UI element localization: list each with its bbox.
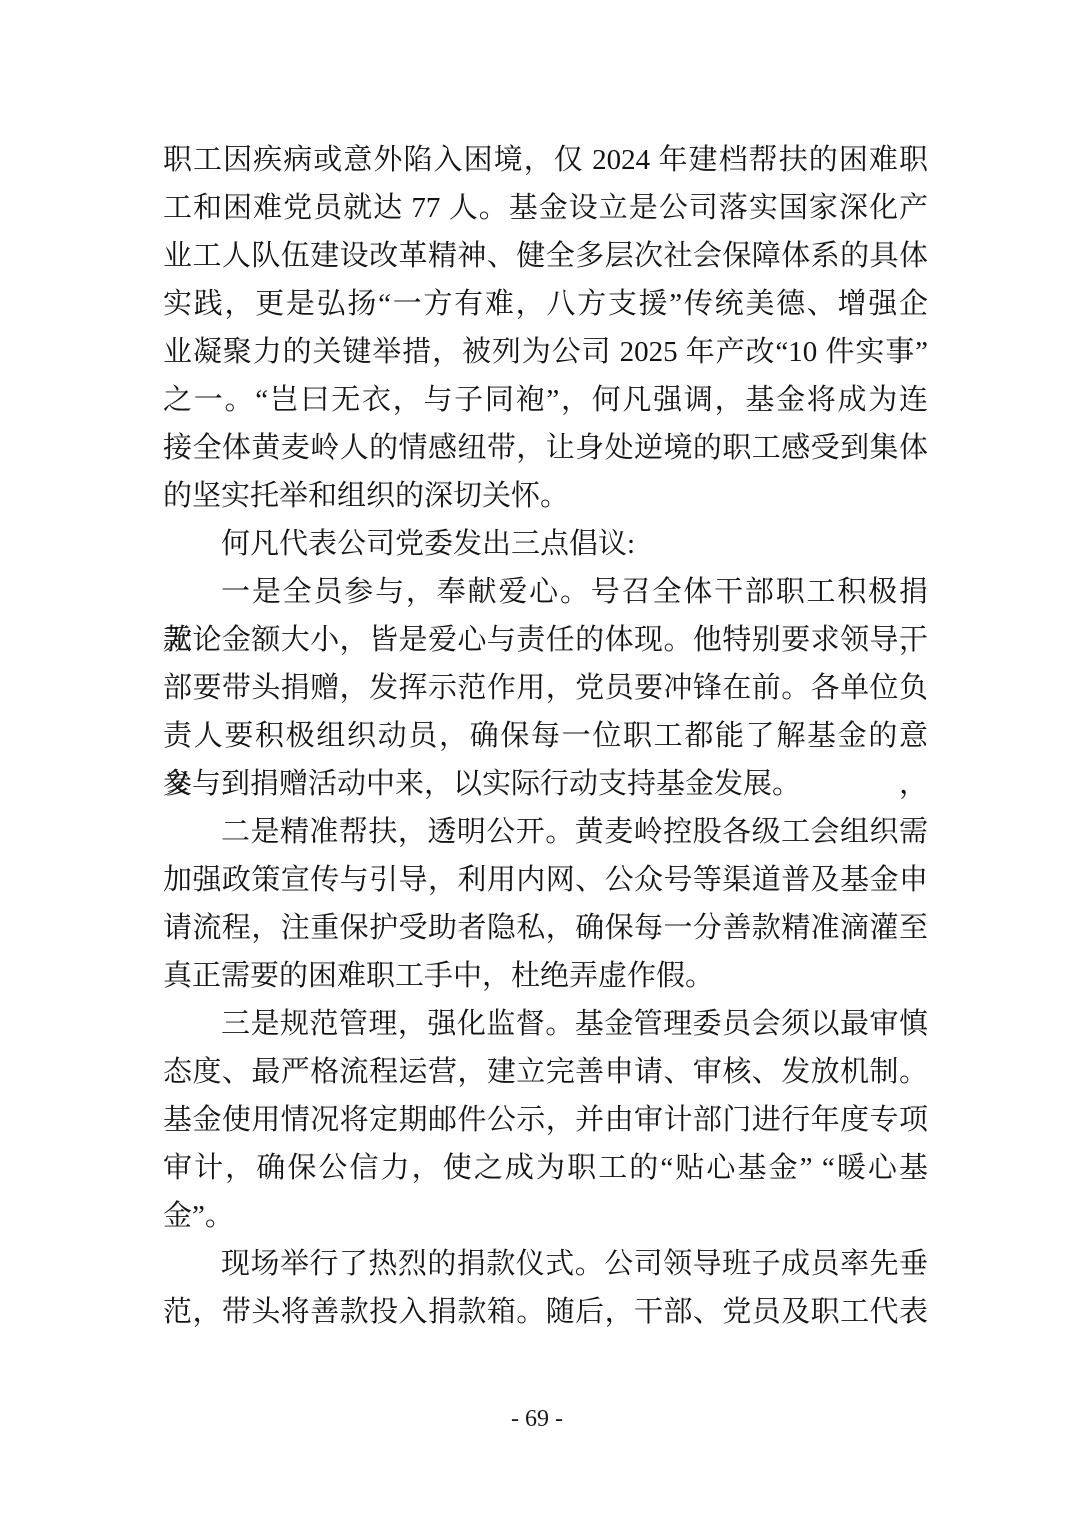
- text-line: 真正需要的困难职工手中，杜绝弄虚作假。: [163, 952, 928, 1000]
- text-line: 范，带头将善款投入捐款箱。随后，干部、党员及职工代表: [163, 1288, 928, 1336]
- text-line: 业凝聚力的关键举措，被列为公司 2025 年产改“10 件实事”: [163, 328, 928, 376]
- text-block: 职工因疾病或意外陷入困境，仅 2024 年建档帮扶的困难职 工和困难党员就达 7…: [163, 136, 928, 1336]
- text-line: 二是精准帮扶，透明公开。黄麦岭控股各级工会组织需: [163, 808, 928, 856]
- page-number: - 69 -: [0, 1402, 1074, 1436]
- text-line: 一是全员参与，奉献爱心。号召全体干部职工积极捐款，: [163, 568, 928, 616]
- text-line: 部要带头捐赠，发挥示范作用，党员要冲锋在前。各单位负: [163, 664, 928, 712]
- document-page: 职工因疾病或意外陷入困境，仅 2024 年建档帮扶的困难职 工和困难党员就达 7…: [0, 0, 1074, 1520]
- text-line: 实践，更是弘扬“一方有难，八方支援”传统美德、增强企: [163, 280, 928, 328]
- text-line: 基金使用情况将定期邮件公示，并由审计部门进行年度专项: [163, 1096, 928, 1144]
- text-line: 接全体黄麦岭人的情感纽带，让身处逆境的职工感受到集体: [163, 424, 928, 472]
- text-line: 加强政策宣传与引导，利用内网、公众号等渠道普及基金申: [163, 856, 928, 904]
- text-line: 工和困难党员就达 77 人。基金设立是公司落实国家深化产: [163, 184, 928, 232]
- text-line: 之一。“岂曰无衣，与子同袍”，何凡强调，基金将成为连: [163, 376, 928, 424]
- text-line: 责人要积极组织动员，确保每一位职工都能了解基金的意义，: [163, 712, 928, 760]
- text-line: 请流程，注重保护受助者隐私，确保每一分善款精准滴灌至: [163, 904, 928, 952]
- text-line: 无论金额大小，皆是爱心与责任的体现。他特别要求领导干: [163, 616, 928, 664]
- text-line: 态度、最严格流程运营，建立完善申请、审核、发放机制。: [163, 1048, 928, 1096]
- text-line: 职工因疾病或意外陷入困境，仅 2024 年建档帮扶的困难职: [163, 136, 928, 184]
- text-line: 审计，确保公信力，使之成为职工的“贴心基金” “暖心基: [163, 1144, 928, 1192]
- text-line: 现场举行了热烈的捐款仪式。公司领导班子成员率先垂: [163, 1240, 928, 1288]
- text-line: 业工人队伍建设改革精神、健全多层次社会保障体系的具体: [163, 232, 928, 280]
- text-line: 三是规范管理，强化监督。基金管理委员会须以最审慎: [163, 1000, 928, 1048]
- text-line: 金”。: [163, 1192, 928, 1240]
- text-line: 何凡代表公司党委发出三点倡议:: [163, 520, 928, 568]
- text-line: 的坚实托举和组织的深切关怀。: [163, 472, 928, 520]
